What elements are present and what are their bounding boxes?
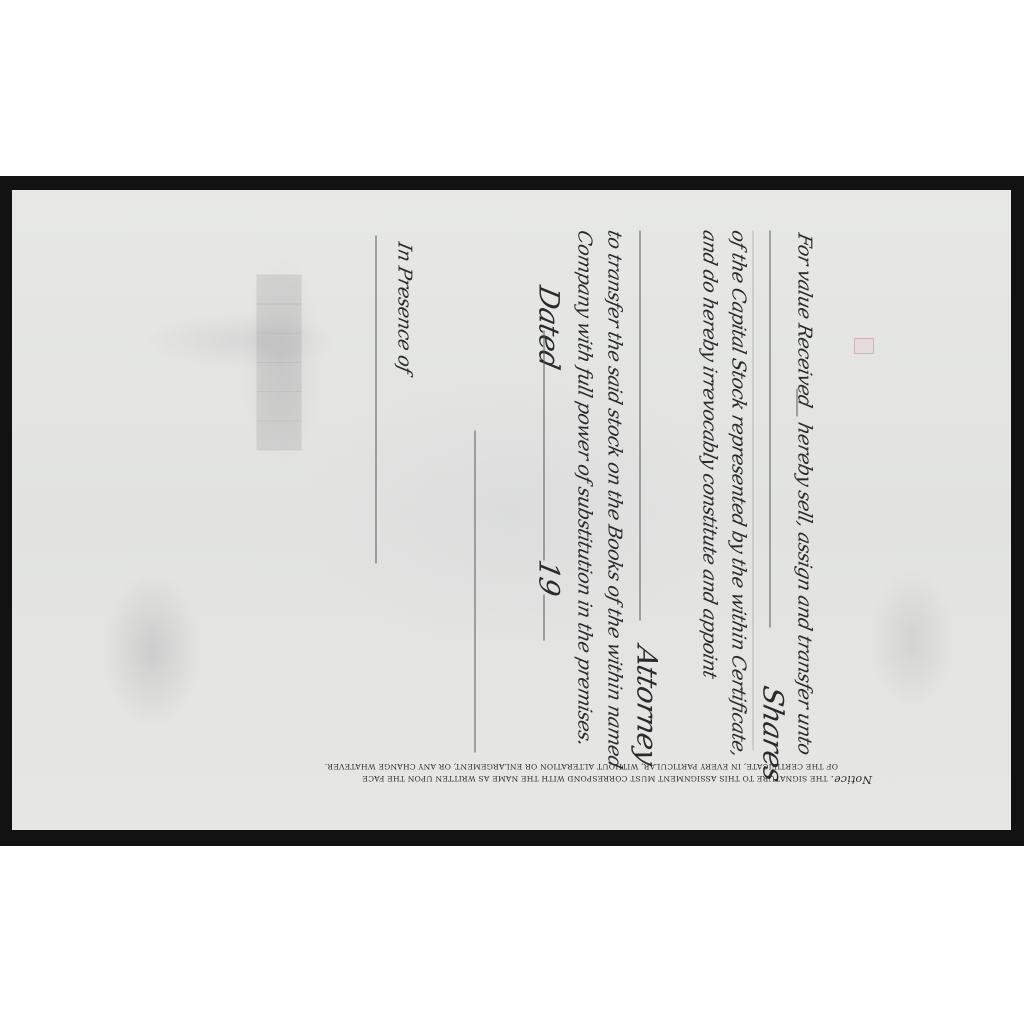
certificate-paper: ██████ For value Received hereby sell, a… [12,190,1011,830]
notice-line-1: Notice. The signature to this assignment… [332,772,872,785]
assignor-blank-line [796,388,797,416]
sell-assign-transfer-text: hereby sell, assign and transfer unto [793,420,815,757]
date-line[interactable] [543,330,544,560]
notice-line-2: of the certificate, in every particular,… [332,760,872,772]
assignment-form: For value Received hereby sell, assign a… [12,190,1011,830]
dated-label: Dated [532,282,565,371]
year-prefix: 19 [532,556,565,597]
transfer-books-text: to transfer the said stock on the Books … [603,228,625,770]
notice-block: Notice. The signature to this assignment… [332,760,872,785]
signature-line[interactable] [474,430,475,752]
attorney-label: Attorney [630,642,663,767]
capital-stock-text: of the Capital Stock represented by the … [727,228,749,759]
full-power-text: Company with full power of substitution … [573,228,595,748]
in-presence-of-label: In Presence of [393,240,415,375]
year-line[interactable] [543,594,544,640]
for-value-received-text: For value Received [793,231,815,409]
shares-count-line[interactable] [752,230,753,750]
attorney-line[interactable] [639,230,640,620]
assignee-line[interactable] [769,230,770,627]
notice-text-1: The signature to this assignment must co… [362,774,827,783]
notice-label: Notice. [830,773,872,786]
witness-line[interactable] [375,235,376,563]
constitute-appoint-text: and do hereby irrevocably constitute and… [698,228,720,680]
